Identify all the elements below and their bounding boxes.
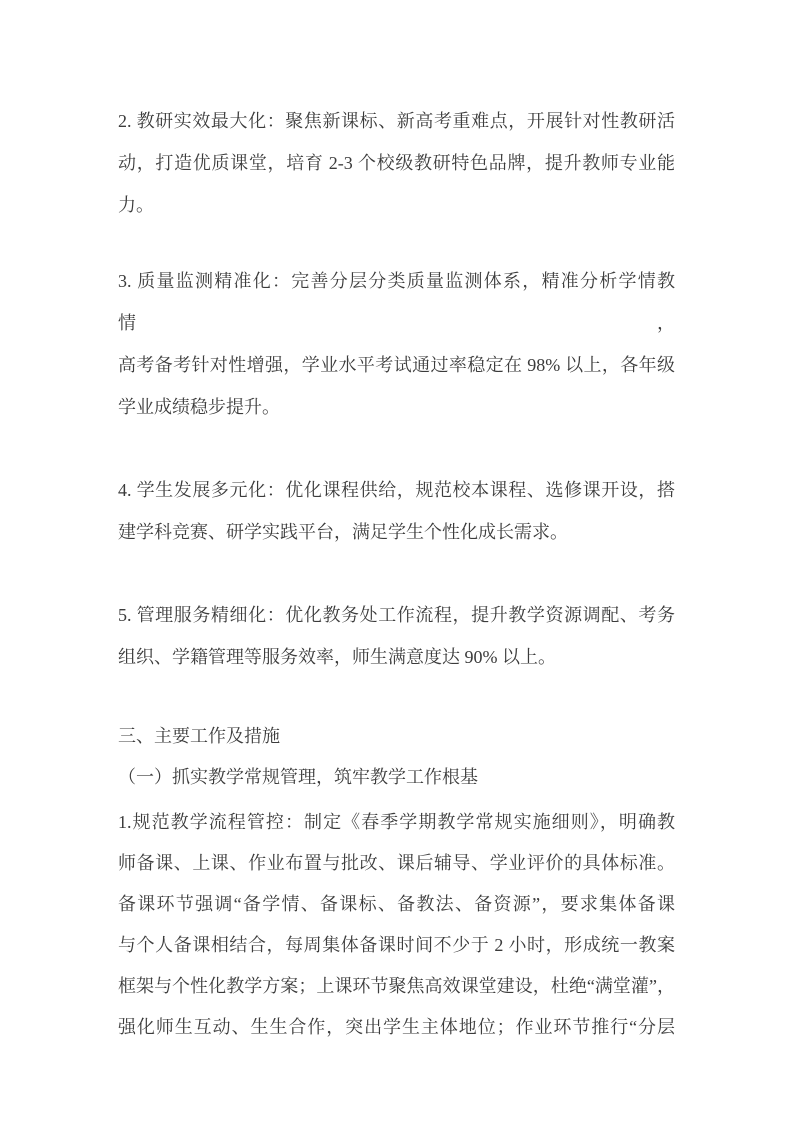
text-line: 高考备考针对性增强，学业水平考试通过率稳定在 98% 以上，各年级 xyxy=(118,344,675,386)
text-line: 强化师生互动、生生合作，突出学生主体地位；作业环节推行“分层 xyxy=(118,1007,675,1048)
text-line: 力。 xyxy=(118,184,675,226)
text-line: 备课环节强调“备学情、备课标、备教法、备资源”，要求集体备课 xyxy=(118,884,675,925)
paragraph-objective-5: 5. 管理服务精细化：优化教务处工作流程，提升教学资源调配、考务组织、学籍管理等… xyxy=(118,594,675,678)
document-page: 2. 教研实效最大化：聚焦新课标、新高考重难点，开展针对性教研活动，打造优质课堂… xyxy=(0,0,793,1122)
text-line: 5. 管理服务精细化：优化教务处工作流程，提升教学资源调配、考务 xyxy=(118,594,675,636)
text-line: 建学科竞赛、研学实践平台，满足学生个性化成长需求。 xyxy=(118,511,675,553)
text-line: 2. 教研实效最大化：聚焦新课标、新高考重难点，开展针对性教研活 xyxy=(118,100,675,142)
text-line: 动，打造优质课堂，培育 2-3 个校级教研特色品牌，提升教师专业能 xyxy=(118,142,675,184)
text-line: 4. 学生发展多元化：优化课程供给，规范校本课程、选修课开设，搭 xyxy=(118,469,675,511)
text-line: 3. 质量监测精准化：完善分层分类质量监测体系，精准分析学情教情， xyxy=(118,260,675,344)
paragraph-objective-4: 4. 学生发展多元化：优化课程供给，规范校本课程、选修课开设，搭建学科竞赛、研学… xyxy=(118,469,675,553)
text-line: 1.规范教学流程管控：制定《春季学期教学常规实施细则》，明确教 xyxy=(118,802,675,843)
subsection-heading: （一）抓实教学常规管理，筑牢教学工作根基 xyxy=(118,757,675,798)
page-content: 2. 教研实效最大化：聚焦新课标、新高考重难点，开展针对性教研活动，打造优质课堂… xyxy=(118,0,675,1048)
text-line: 框架与个性化教学方案；上课环节聚焦高效课堂建设，杜绝“满堂灌”， xyxy=(118,966,675,1007)
text-line: 与个人备课相结合，每周集体备课时间不少于 2 小时，形成统一教案 xyxy=(118,925,675,966)
paragraph-objective-2: 2. 教研实效最大化：聚焦新课标、新高考重难点，开展针对性教研活动，打造优质课堂… xyxy=(118,100,675,226)
text-line: 学业成绩稳步提升。 xyxy=(118,386,675,428)
section-heading: 三、主要工作及措施 xyxy=(118,716,675,757)
text-line: 组织、学籍管理等服务效率，师生满意度达 90% 以上。 xyxy=(118,636,675,678)
paragraph-objective-3: 3. 质量监测精准化：完善分层分类质量监测体系，精准分析学情教情，高考备考针对性… xyxy=(118,260,675,428)
paragraph-measure-1: 1.规范教学流程管控：制定《春季学期教学常规实施细则》，明确教师备课、上课、作业… xyxy=(118,802,675,1048)
text-line: 师备课、上课、作业布置与批改、课后辅导、学业评价的具体标准。 xyxy=(118,843,675,884)
